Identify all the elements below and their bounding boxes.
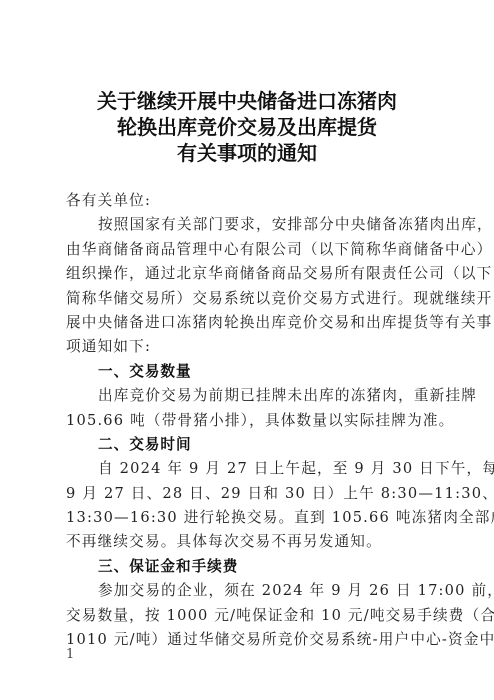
page-number: 1 bbox=[66, 647, 74, 662]
section-heading-deposit: 三、保证金和手续费 bbox=[66, 555, 432, 579]
section-heading-quantity: 一、交易数量 bbox=[66, 360, 432, 384]
salutation: 各有关单位: bbox=[66, 189, 432, 213]
intro-line: 简称华储交易所）交易系统以竞价交易方式进行。现就继续开 bbox=[66, 287, 432, 311]
intro-line: 展中央储备进口冻猪肉轮换出库竞价交易和出库提货等有关事 bbox=[66, 311, 432, 335]
section-line: 105.66 吨（带骨猪小排），具体数量以实际挂牌为准。 bbox=[66, 409, 432, 433]
section-line: 出库竞价交易为前期已挂牌未出库的冻猪肉，重新挂牌 bbox=[66, 384, 432, 408]
section-heading-time: 二、交易时间 bbox=[66, 433, 432, 457]
section-line: 自 2024 年 9 月 27 日上午起，至 9 月 30 日下午，每日（即 bbox=[66, 457, 432, 481]
section-line: 交易数量，按 1000 元/吨保证金和 10 元/吨交易手续费（合计 bbox=[66, 604, 432, 628]
intro-line: 项通知如下: bbox=[66, 335, 432, 359]
document-body: 各有关单位: 按照国家有关部门要求，安排部分中央储备冻猪肉出库， 由华商储备商品… bbox=[66, 189, 432, 652]
title-line-3: 有关事项的通知 bbox=[0, 140, 494, 166]
title-line-1: 关于继续开展中央储备进口冻猪肉 bbox=[0, 88, 494, 114]
document-title: 关于继续开展中央储备进口冻猪肉 轮换出库竞价交易及出库提货 有关事项的通知 bbox=[0, 88, 494, 166]
title-line-2: 轮换出库竞价交易及出库提货 bbox=[0, 114, 494, 140]
section-line: 不再继续交易。具体每次交易不再另发通知。 bbox=[66, 530, 432, 554]
document-page: 关于继续开展中央储备进口冻猪肉 轮换出库竞价交易及出库提货 有关事项的通知 各有… bbox=[0, 0, 494, 700]
intro-line: 由华商储备商品管理中心有限公司（以下简称华商储备中心） bbox=[66, 238, 432, 262]
section-line: 9 月 27 日、28 日、29 日和 30 日）上午 8:30—11:30、下… bbox=[66, 482, 432, 506]
intro-line: 组织操作，通过北京华商储备商品交易所有限责任公司（以下 bbox=[66, 262, 432, 286]
intro-line: 按照国家有关部门要求，安排部分中央储备冻猪肉出库， bbox=[66, 213, 432, 237]
section-line: 13:30—16:30 进行轮换交易。直到 105.66 吨冻猪肉全部成交后 bbox=[66, 506, 432, 530]
section-line: 参加交易的企业，须在 2024 年 9 月 26 日 17:00 前，根据预 bbox=[66, 579, 432, 603]
section-line: 1010 元/吨）通过华储交易所竞价交易系统-用户中心-资金中心 bbox=[66, 628, 432, 652]
